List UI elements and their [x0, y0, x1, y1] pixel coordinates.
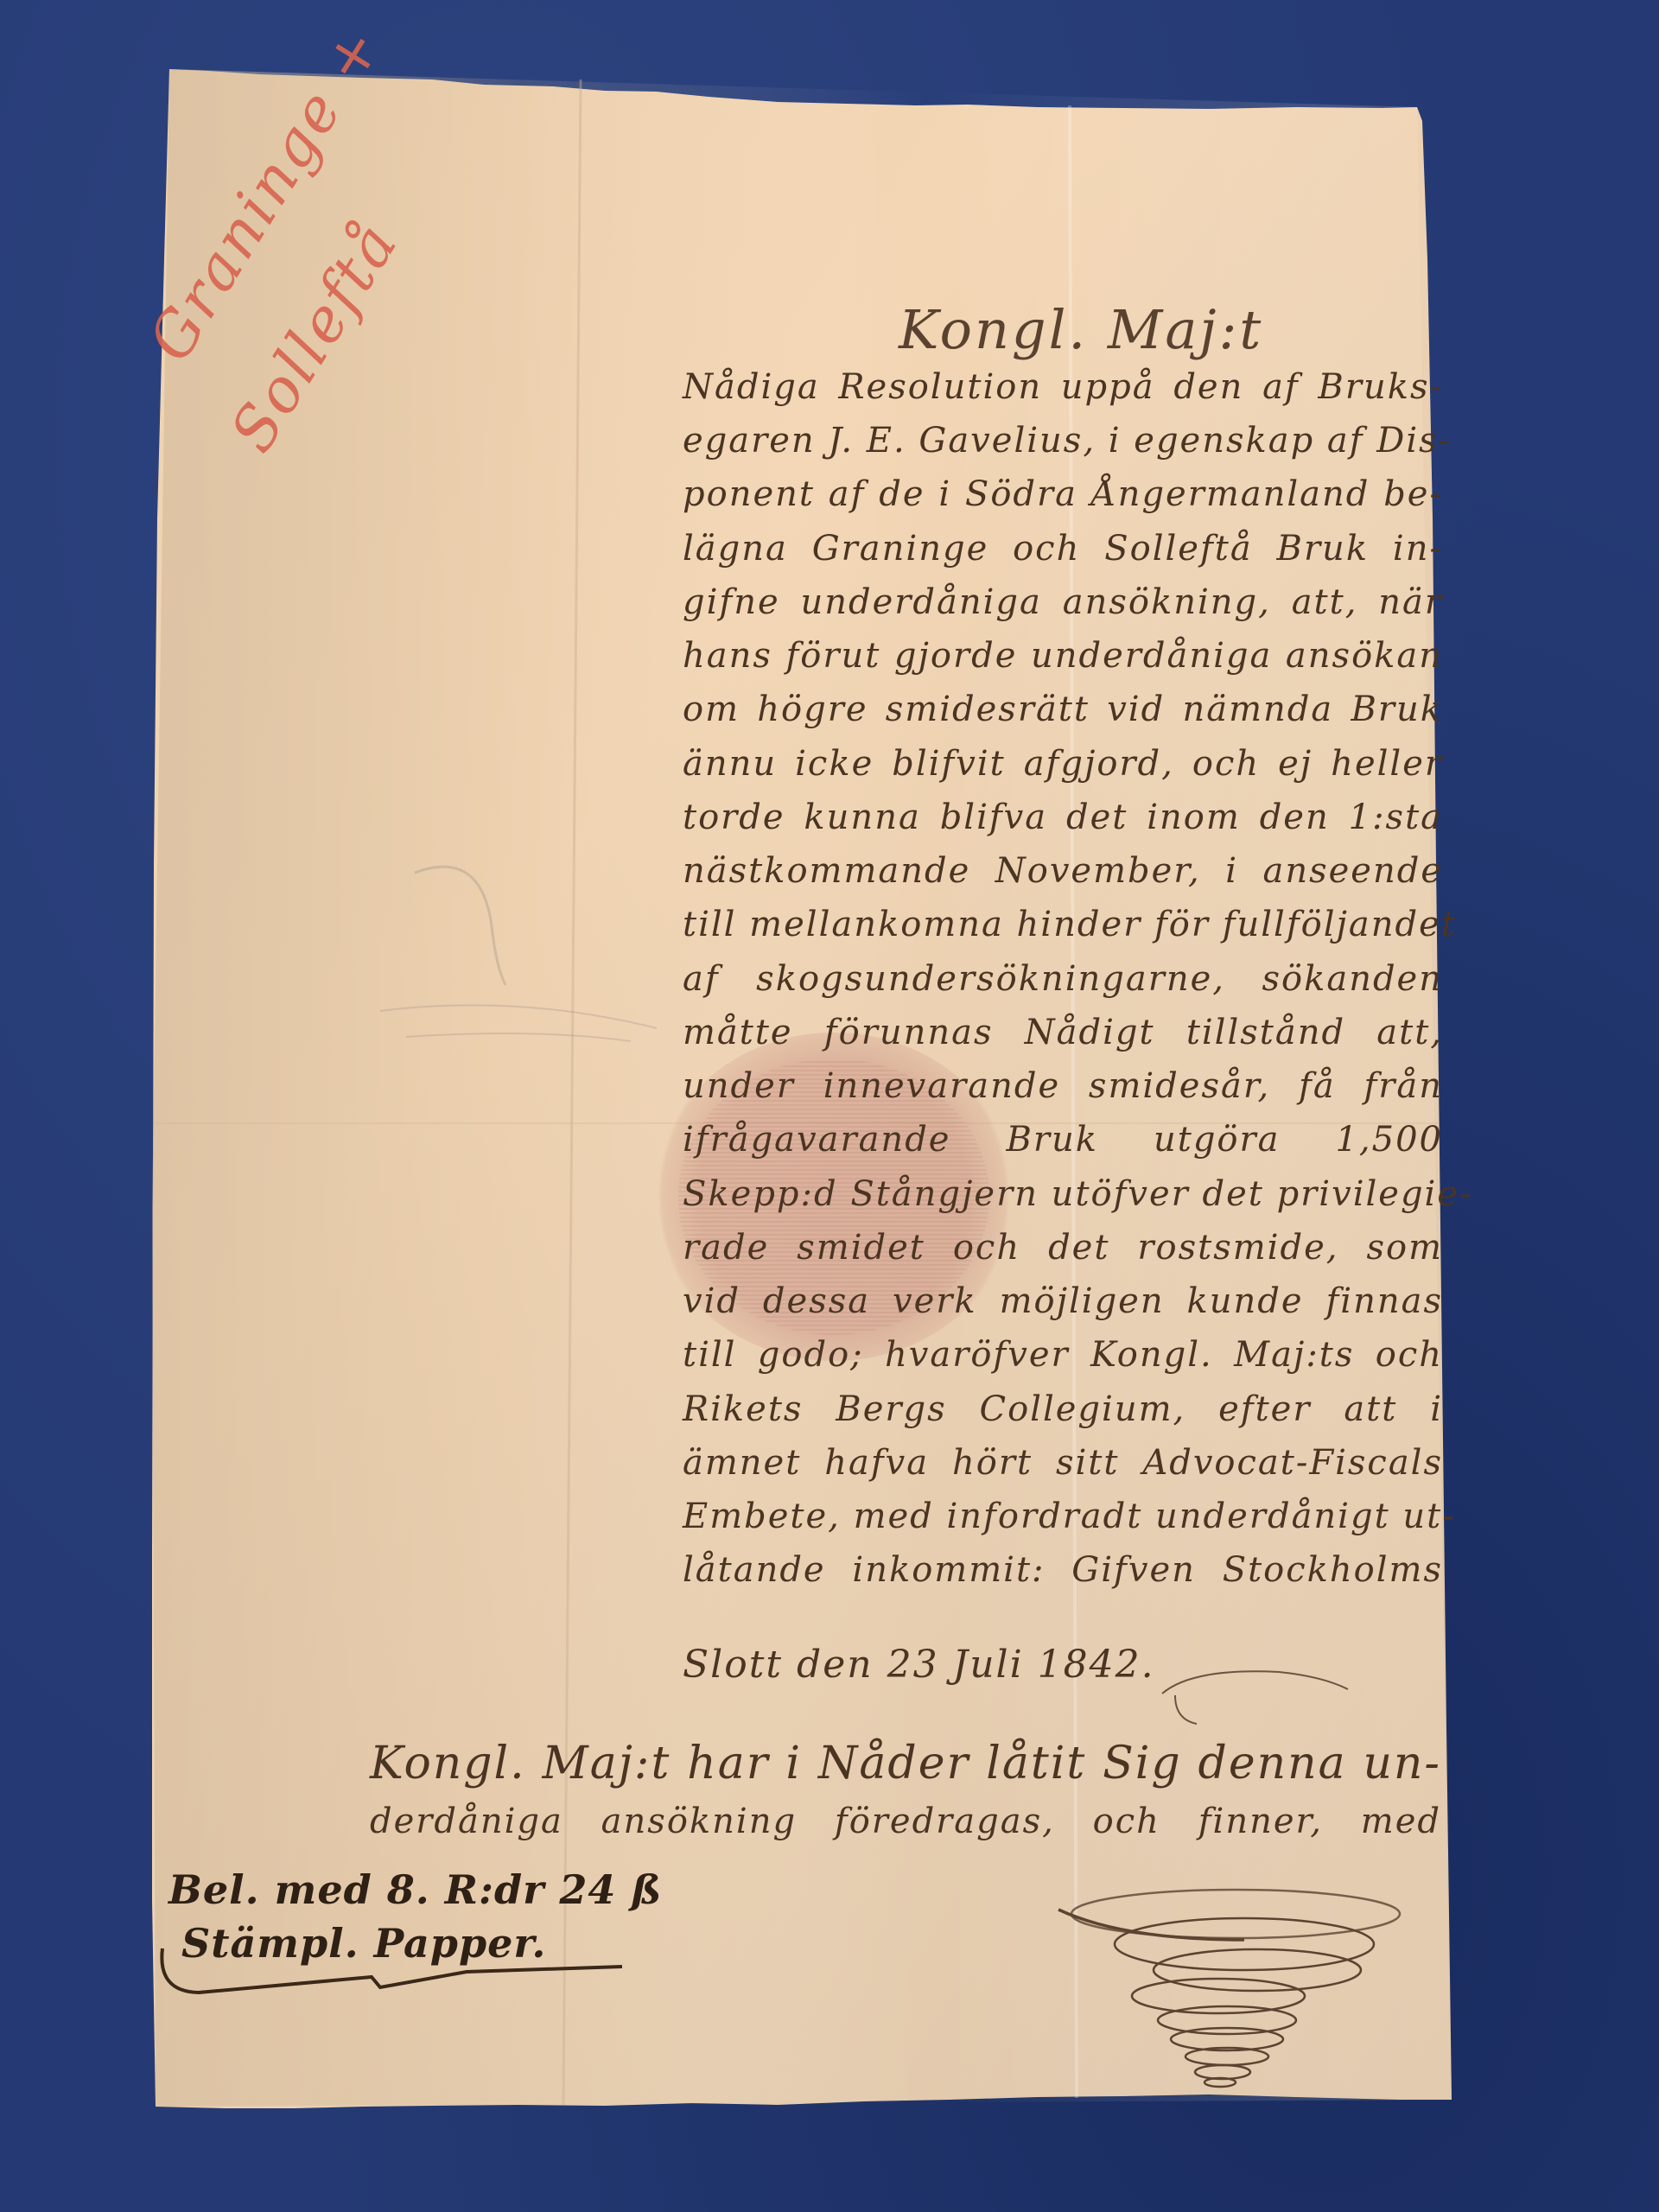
- body-line: Nådiga Resolution uppå den af Bruks-: [683, 370, 1443, 404]
- body-line: om högre smidesrätt vid nämnda Bruk: [683, 692, 1443, 727]
- body-line: rade smidet och det rostsmide, som: [683, 1230, 1443, 1265]
- document-page: Graninge + Solleftå Kongl. Maj:t Nådiga …: [0, 0, 1659, 2212]
- body-line: under innevarande smidesår, få från: [683, 1069, 1443, 1103]
- body-line: ifrågavarande Bruk utgöra 1,500: [683, 1122, 1443, 1157]
- closing-line: derdåniga ansökning föredragas, och finn…: [370, 1804, 1441, 1839]
- body-line: Rikets Bergs Collegium, efter att i: [683, 1392, 1443, 1427]
- body-line: måtte förunnas Nådigt tillstånd att,: [683, 1015, 1443, 1050]
- body-line: ponent af de i Södra Ångermanland be-: [683, 477, 1443, 512]
- stamp-paper-note-line2: Stämpl. Papper.: [181, 1920, 546, 1967]
- body-line: torde kunna blifva det inom den 1:sta: [683, 800, 1443, 835]
- document-heading: Kongl. Maj:t: [899, 298, 1263, 361]
- closing-line: Kongl. Maj:t har i Nåder låtit Sig denna…: [370, 1741, 1441, 1786]
- body-line: af skogsundersökningarne, sökanden: [683, 962, 1443, 996]
- body-line: hans förut gjorde underdåniga ansökan: [683, 639, 1443, 673]
- stamp-paper-note-line1: Bel. med 8. R:dr 24 ß: [168, 1866, 662, 1913]
- body-line: till godo; hvaröfver Kongl. Maj:ts och: [683, 1338, 1443, 1372]
- body-line: lägna Graninge och Solleftå Bruk in-: [683, 531, 1443, 566]
- body-line: ännu icke blifvit afgjord, och ej heller: [683, 747, 1443, 781]
- body-line: Embete, med infordradt underdånigt ut-: [683, 1499, 1443, 1534]
- body-line: egaren J. E. Gavelius, i egenskap af Dis…: [683, 423, 1443, 458]
- body-line: gifne underdåniga ansökning, att, när: [683, 585, 1443, 620]
- body-line: Skepp:d Stångjern utöfver det privilegie…: [683, 1177, 1443, 1211]
- date-line: Slott den 23 Juli 1842.: [683, 1646, 1155, 1684]
- body-line: vid dessa verk möjligen kunde finnas: [683, 1284, 1443, 1319]
- body-line: nästkommande November, i anseende: [683, 854, 1443, 888]
- body-line: till mellankomna hinder för fullföljande…: [683, 907, 1443, 942]
- body-line: låtande inkommit: Gifven Stockholms: [683, 1553, 1443, 1587]
- body-line: ämnet hafva hört sitt Advocat-Fiscals: [683, 1446, 1443, 1480]
